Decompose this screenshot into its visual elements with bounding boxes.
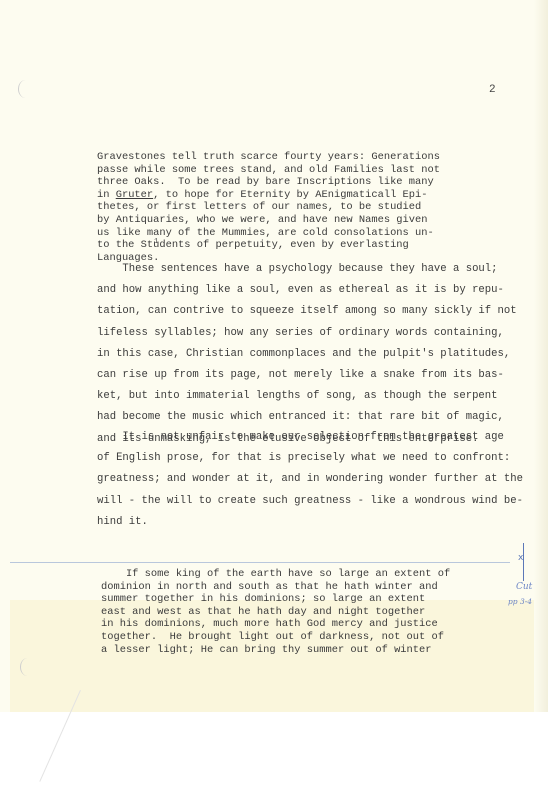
paragraph-greatness: It is not unfair to make our selection f… xyxy=(97,427,523,533)
quote-line: in Gruter, to hope for Eternity by AEnig… xyxy=(97,189,428,201)
para-line: These sentences have a psychology becaus… xyxy=(97,263,498,275)
quote-line: passe while some trees stand, and old Fa… xyxy=(97,164,440,176)
para-line: and how anything like a soul, even as et… xyxy=(97,284,504,296)
margin-note-cut: Cut xyxy=(516,582,532,592)
para-line: ket, but into immaterial lengths of song… xyxy=(97,390,498,402)
para-line: lifeless syllables; how any series of or… xyxy=(97,327,504,339)
quote-line: summer together in his dominions; so lar… xyxy=(101,593,425,605)
quote-text: , to hope for Eternity by AEnigmaticall … xyxy=(153,189,427,201)
para-line: of English prose, for that is precisely … xyxy=(97,452,510,464)
para-line: can rise up from its page, not merely li… xyxy=(97,369,504,381)
quote-line: three Oaks. To be read by bare Inscripti… xyxy=(97,176,434,188)
quote-line: thetes, or first letters of our names, t… xyxy=(97,201,421,213)
quote-line: a lesser light; He can bring thy summer … xyxy=(101,644,431,656)
para-line: had become the music which entranced it:… xyxy=(97,411,504,423)
para-line: in this case, Christian commonplaces and… xyxy=(97,348,510,360)
block-quote-gravestones: Gravestones tell truth scarce fourty yea… xyxy=(97,151,440,264)
quote-line: in his dominions, much more hath God mer… xyxy=(101,618,438,630)
underlined-gruter: Gruter xyxy=(116,189,153,201)
quote-line: Gravestones tell truth scarce fourty yea… xyxy=(97,151,440,163)
punch-hole-bottom xyxy=(20,658,35,676)
para-line: will - the will to create such greatness… xyxy=(97,495,523,507)
para-line: It is not unfair to make our selection f… xyxy=(97,431,504,443)
quote-line: by Antiquaries, who we were, and have ne… xyxy=(97,214,427,226)
margin-x-mark: x xyxy=(518,553,523,563)
quote-line: east and west as that he hath day and ni… xyxy=(101,606,425,618)
quote-line: us like many of the Mummies, are cold co… xyxy=(97,227,434,239)
quote-line: If some king of the earth have so large … xyxy=(101,568,450,580)
footnote-marker: 1 xyxy=(154,238,158,246)
page-number: 2 xyxy=(489,84,496,96)
quote-line: dominion in north and south as that he h… xyxy=(101,581,438,593)
quote-text: in xyxy=(97,189,116,201)
margin-note-pages: pp 3-4 xyxy=(508,597,532,606)
page-edge-shadow xyxy=(534,0,548,712)
quote-line: to the Students of perpetuity, even by e… xyxy=(97,239,409,251)
punch-hole-top xyxy=(18,80,33,98)
para-line: tation, can contrive to squeeze itself a… xyxy=(97,305,517,317)
para-line: hind it. xyxy=(97,516,148,528)
paragraph-psychology: These sentences have a psychology becaus… xyxy=(97,259,517,450)
cut-line xyxy=(10,562,510,563)
block-quote-king: If some king of the earth have so large … xyxy=(101,568,450,656)
quote-line: together. He brought light out of darkne… xyxy=(101,631,444,643)
para-line: greatness; and wonder at it, and in wond… xyxy=(97,473,523,485)
